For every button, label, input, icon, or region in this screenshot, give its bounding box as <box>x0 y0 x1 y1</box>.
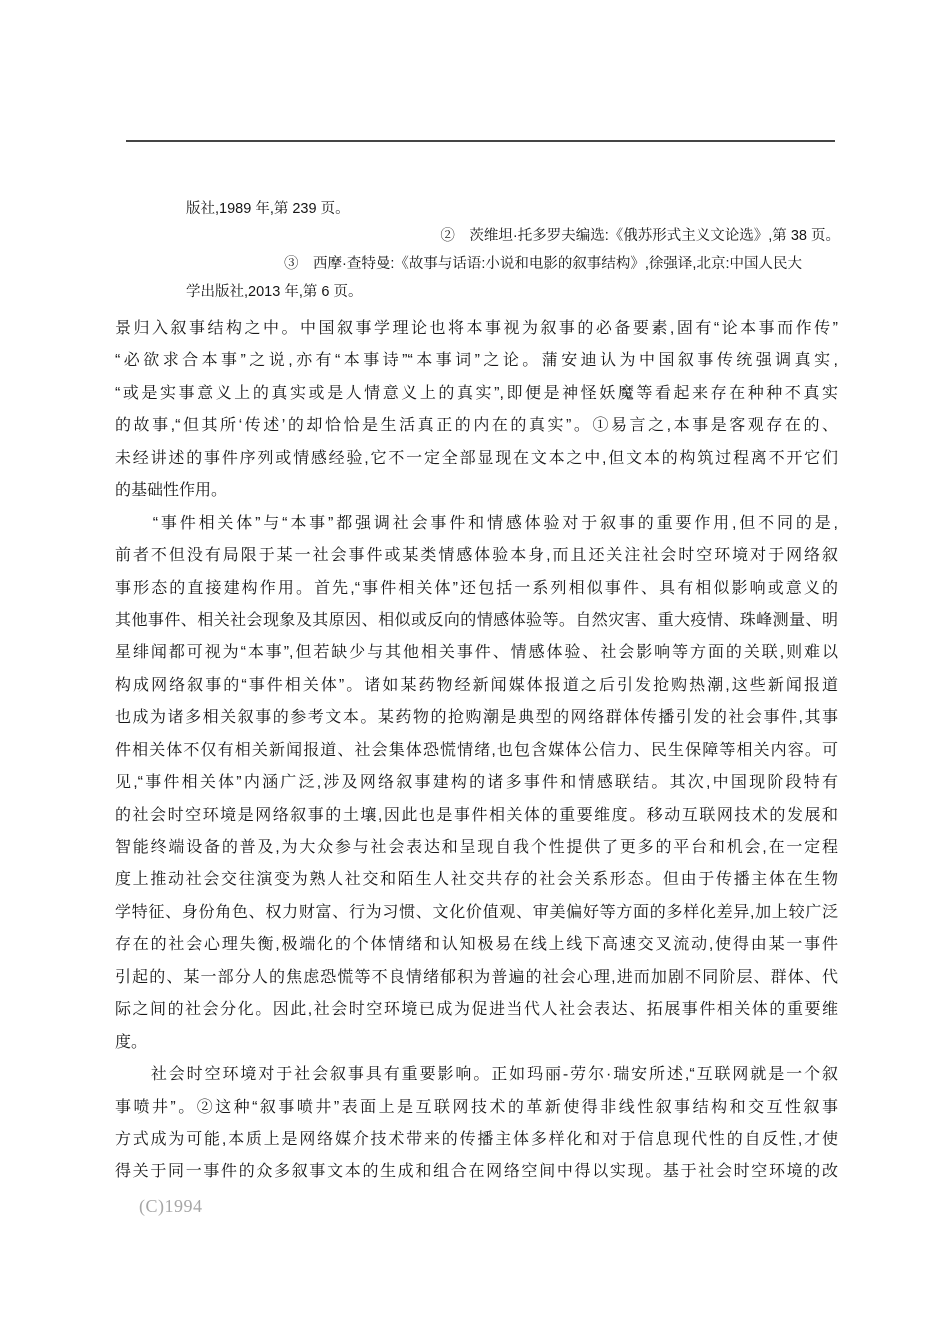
footnote-1-continuation: 版社,1989 年,第 239 页。 <box>186 199 350 219</box>
footnote-divider <box>126 140 835 142</box>
body-line: 度上推动社会交往演变为熟人社交和陌生人社交共存的社会关系形态。但由于传播主体在生… <box>115 864 838 896</box>
body-line: 际之间的社会分化。因此,社会时空环境已成为促进当代人社会表达、拓展事件相关体的重… <box>115 994 838 1026</box>
body-line: 社会时空环境对于社会叙事具有重要影响。正如玛丽-劳尔·瑞安所述,“互联网就是一个… <box>115 1059 838 1091</box>
body-line: 其他事件、相关社会现象及其原因、相似或反向的情感体验等。自然灾害、重大疫情、珠峰… <box>115 605 838 637</box>
body-line: 度。 <box>115 1027 838 1059</box>
body-line: “或是实事意义上的真实或是人情意义上的真实”,即便是神怪妖魔等看起来存在种种不真… <box>115 378 838 410</box>
copyright-watermark: (C)1994 <box>139 1195 203 1217</box>
body-line: 存在的社会心理失衡,极端化的个体情绪和认知极易在线上线下高速交叉流动,使得由某一… <box>115 929 838 961</box>
body-line: 方式成为可能,本质上是网络媒介技术带来的传播主体多样化和对于信息现代性的自反性,… <box>115 1124 838 1156</box>
body-line: 学特征、身份角色、权力财富、行为习惯、文化价值观、审美偏好等方面的多样化差异,加… <box>115 897 838 929</box>
body-line: 智能终端设备的普及,为大众参与社会表达和呈现自我个性提供了更多的平台和机会,在一… <box>115 832 838 864</box>
body-line: “必欲求合本事”之说,亦有“本事诗”“本事词”之论。蒲安迪认为中国叙事传统强调真… <box>115 345 838 377</box>
body-line: 的故事,“但其所‘传述’的却恰恰是生活真正的内在的真实”。①易言之,本事是客观存… <box>115 410 838 442</box>
body-line: 引起的、某一部分人的焦虑恐慌等不良情绪郁积为普遍的社会心理,进而加剧不同阶层、群… <box>115 962 838 994</box>
body-line: 未经讲述的事件序列或情感经验,它不一定全部显现在文本之中,但文本的构筑过程离不开… <box>115 443 838 475</box>
body-line: 事喷井”。②这种“叙事喷井”表面上是互联网技术的革新使得非线性叙事结构和交互性叙… <box>115 1092 838 1124</box>
footnote-2: ② 茨维坦·托多罗夫编选:《俄苏形式主义文论选》,第 38 页。 <box>186 226 840 246</box>
body-line: 景归入叙事结构之中。中国叙事学理论也将本事视为叙事的必备要素,固有“论本事而作传… <box>115 313 838 345</box>
body-line: 构成网络叙事的“事件相关体”。诸如某药物经新闻媒体报道之后引发抢购热潮,这些新闻… <box>115 670 838 702</box>
body-line: “事件相关体”与“本事”都强调社会事件和情感体验对于叙事的重要作用,但不同的是, <box>115 508 838 540</box>
body-line: 也成为诸多相关叙事的参考文本。某药物的抢购潮是典型的网络群体传播引发的社会事件,… <box>115 702 838 734</box>
body-line: 星绯闻都可视为“本事”,但若缺少与其他相关事件、情感体验、社会影响等方面的关联,… <box>115 637 838 669</box>
footnote-3-line1: ③ 西摩·查特曼:《故事与话语:小说和电影的叙事结构》,徐强译,北京:中国人民大 <box>284 254 802 274</box>
footnote-3-line2: 学出版社,2013 年,第 6 页。 <box>186 282 362 302</box>
body-line: 的基础性作用。 <box>115 475 838 507</box>
body-line: 见,“事件相关体”内涵广泛,涉及网络叙事建构的诸多事件和情感联结。其次,中国现阶… <box>115 767 838 799</box>
body-line: 得关于同一事件的众多叙事文本的生成和组合在网络空间中得以实现。基于社会时空环境的… <box>115 1156 838 1188</box>
body-line: 件相关体不仅有相关新闻报道、社会集体恐慌情绪,也包含媒体公信力、民生保障等相关内… <box>115 735 838 767</box>
document-page: 版社,1989 年,第 239 页。 ② 茨维坦·托多罗夫编选:《俄苏形式主义文… <box>0 0 950 1344</box>
body-line: 前者不但没有局限于某一社会事件或某类情感体验本身,而且还关注社会时空环境对于网络… <box>115 540 838 572</box>
body-text: 景归入叙事结构之中。中国叙事学理论也将本事视为叙事的必备要素,固有“论本事而作传… <box>115 313 838 1189</box>
body-line: 的社会时空环境是网络叙事的土壤,因此也是事件相关体的重要维度。移动互联网技术的发… <box>115 800 838 832</box>
body-line: 事形态的直接建构作用。首先,“事件相关体”还包括一系列相似事件、具有相似影响或意… <box>115 573 838 605</box>
